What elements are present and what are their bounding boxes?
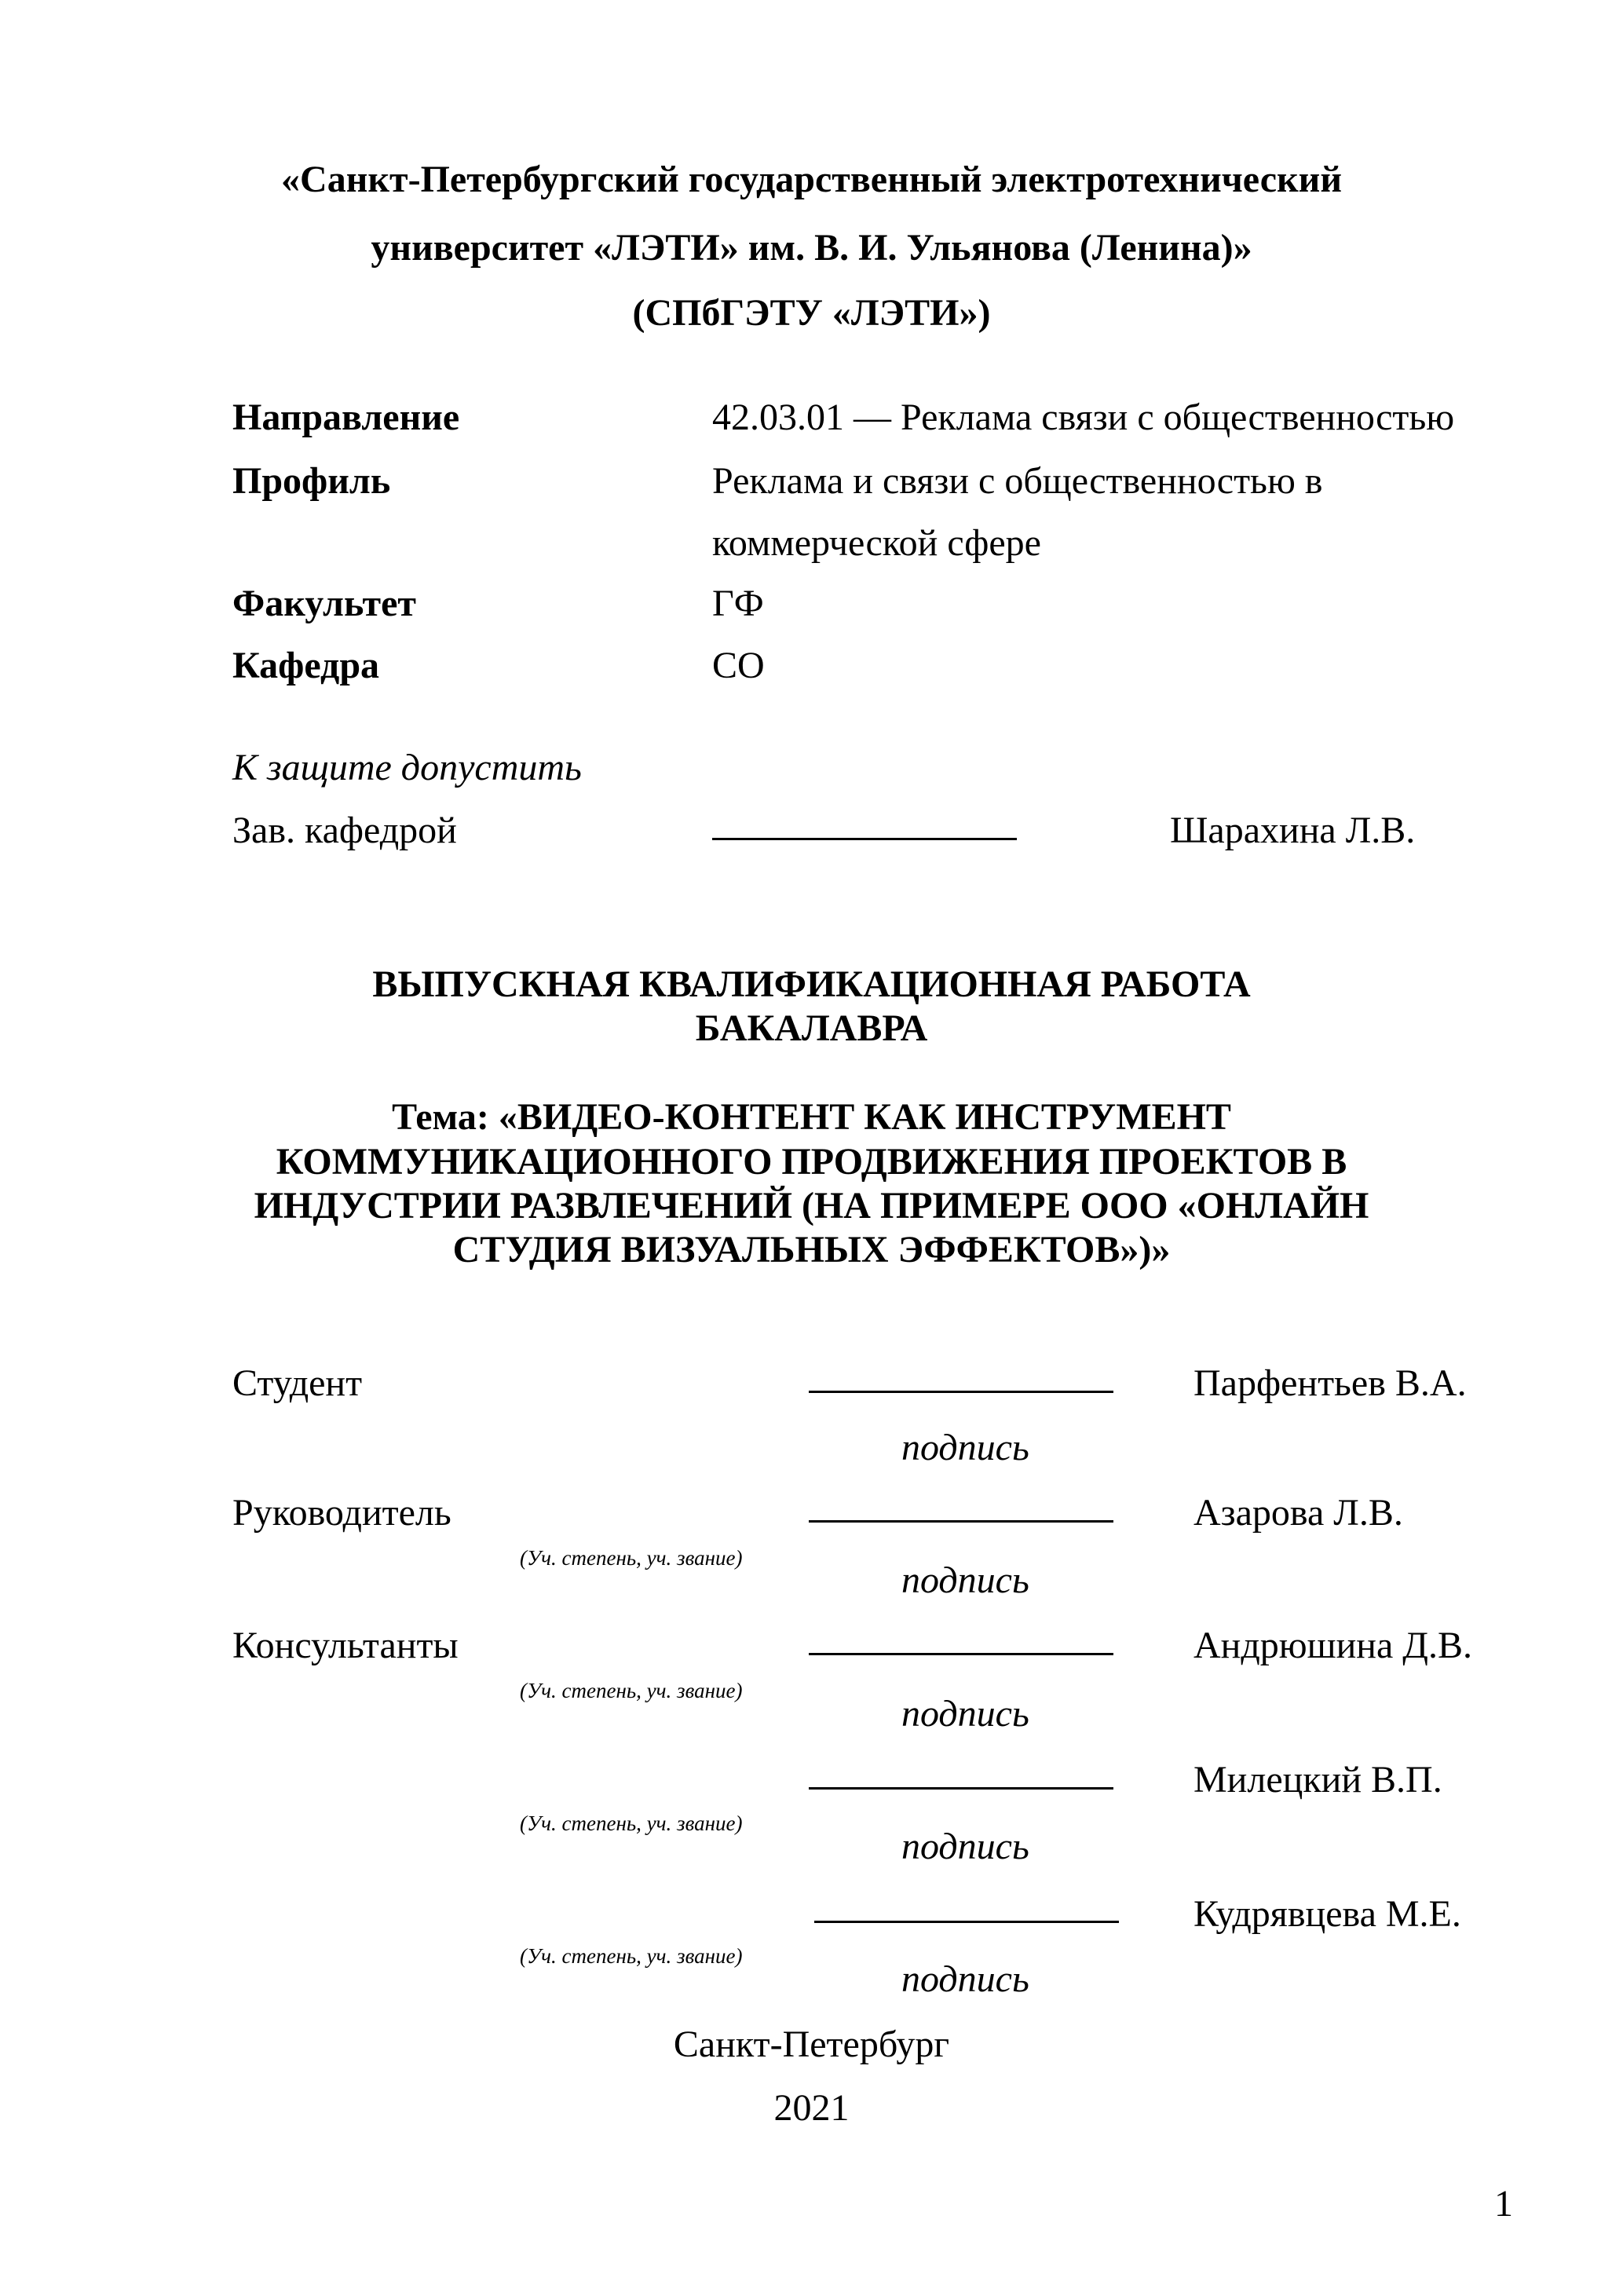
admit-to-defense: К защите допустить (232, 746, 582, 790)
topic-line2: КОММУНИКАЦИОННОГО ПРОДВИЖЕНИЯ ПРОЕКТОВ В (0, 1140, 1623, 1184)
consultant2-name: Милецкий В.П. (1193, 1758, 1442, 1802)
city: Санкт-Петербург (0, 2023, 1623, 2067)
profile-label: Профиль (232, 459, 390, 503)
profile-value-cont: коммерческой сфере (712, 521, 1041, 565)
university-abbreviation: (СПбГЭТУ «ЛЭТИ») (0, 291, 1623, 335)
topic-line3: ИНДУСТРИИ РАЗВЛЕЧЕНИЙ (НА ПРИМЕРЕ ООО «О… (0, 1184, 1623, 1228)
consultant2-degree-caption: (Уч. степень, уч. звание) (520, 1811, 742, 1836)
consultant1-degree-caption: (Уч. степень, уч. звание) (520, 1678, 742, 1703)
consultant1-signature-caption: подпись (901, 1692, 1029, 1736)
consultant3-signature-line (814, 1921, 1119, 1923)
work-type-line1: ВЫПУСКНАЯ КВАЛИФИКАЦИОННАЯ РАБОТА (0, 963, 1623, 1007)
consultant2-signature-line (809, 1787, 1113, 1790)
consultants-label: Консультанты (232, 1624, 459, 1668)
topic-line1: Тема: «ВИДЕО-КОНТЕНТ КАК ИНСТРУМЕНТ (0, 1095, 1623, 1139)
consultant2-signature-caption: подпись (901, 1825, 1029, 1869)
supervisor-name: Азарова Л.В. (1193, 1491, 1403, 1535)
year: 2021 (0, 2086, 1623, 2130)
consultant3-signature-caption: подпись (901, 1958, 1029, 2002)
supervisor-signature-line (809, 1520, 1113, 1523)
profile-value: Реклама и связи с общественностью в (712, 459, 1322, 503)
work-type-line2: БАКАЛАВРА (0, 1007, 1623, 1051)
student-label: Студент (232, 1362, 362, 1406)
direction-value: 42.03.01 — Реклама связи с общественност… (712, 396, 1454, 440)
department-value: СО (712, 644, 765, 688)
supervisor-signature-caption: подпись (901, 1559, 1029, 1603)
student-name: Парфентьев В.А. (1193, 1362, 1467, 1406)
department-label: Кафедра (232, 644, 379, 688)
faculty-value: ГФ (712, 582, 764, 626)
supervisor-label: Руководитель (232, 1491, 451, 1535)
direction-label: Направление (232, 396, 459, 440)
consultant1-signature-line (809, 1653, 1113, 1655)
page-number: 1 (1494, 2182, 1513, 2226)
consultant3-degree-caption: (Уч. степень, уч. звание) (520, 1943, 742, 1969)
supervisor-degree-caption: (Уч. степень, уч. звание) (520, 1545, 742, 1570)
head-of-department-name: Шарахина Л.В. (1170, 809, 1415, 853)
student-signature-line (809, 1391, 1113, 1393)
faculty-label: Факультет (232, 582, 416, 626)
head-signature-line (712, 838, 1017, 840)
university-name-line2: университет «ЛЭТИ» им. В. И. Ульянова (Л… (0, 226, 1623, 270)
topic-line4: СТУДИЯ ВИЗУАЛЬНЫХ ЭФФЕКТОВ»)» (0, 1228, 1623, 1272)
consultant1-name: Андрюшина Д.В. (1193, 1624, 1472, 1668)
consultant3-name: Кудрявцева М.Е. (1193, 1892, 1461, 1936)
head-of-department-label: Зав. кафедрой (232, 809, 457, 853)
student-signature-caption: подпись (901, 1426, 1029, 1470)
university-name-line1: «Санкт-Петербургский государственный эле… (0, 158, 1623, 202)
